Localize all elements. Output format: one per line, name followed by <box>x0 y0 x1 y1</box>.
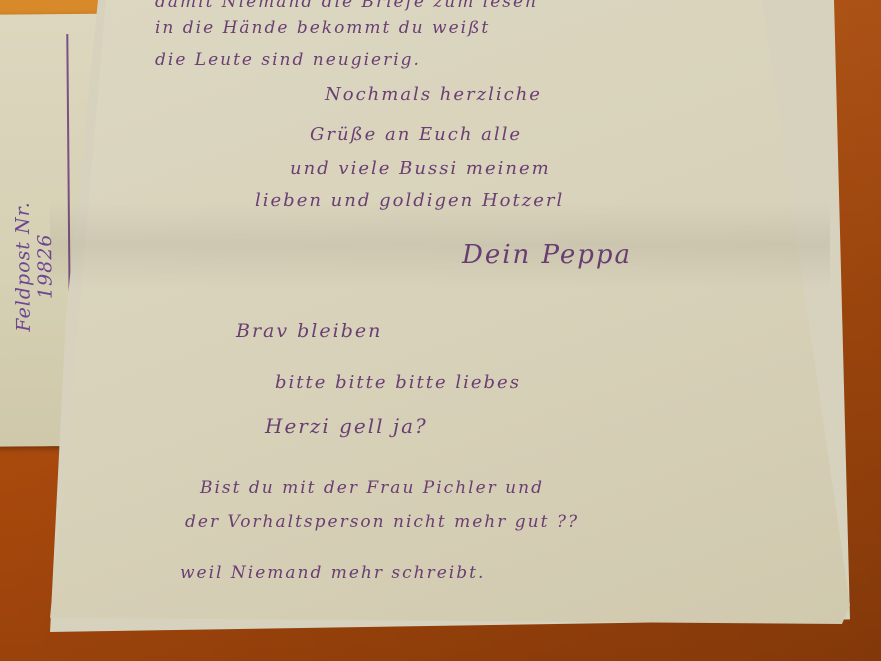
letter-line: Grüße an Euch alle <box>310 124 522 145</box>
letter-line: Herzi gell ja? <box>265 414 428 438</box>
letter-line: Bist du mit der Frau Pichler und <box>200 478 544 498</box>
letter-line: und viele Bussi meinem <box>290 158 551 179</box>
signature: Dein Peppa <box>462 240 632 270</box>
letter-line: bitte bitte bitte liebes <box>275 372 521 393</box>
letter-line: damit Niemand die Briefe zum lesen <box>155 0 538 12</box>
letter-line: weil Niemand mehr schreibt. <box>180 563 485 583</box>
letter-line: Nochmals herzliche <box>325 84 542 105</box>
letter-line: Brav bleiben <box>236 320 382 342</box>
paper-fold <box>50 200 830 290</box>
letter-line: die Leute sind neugierig. <box>155 50 421 70</box>
letter-line: in die Hände bekommt du weißt <box>155 18 490 38</box>
letter-line: der Vorhaltsperson nicht mehr gut ?? <box>185 512 579 532</box>
letter-line: lieben und goldigen Hotzerl <box>255 190 564 211</box>
